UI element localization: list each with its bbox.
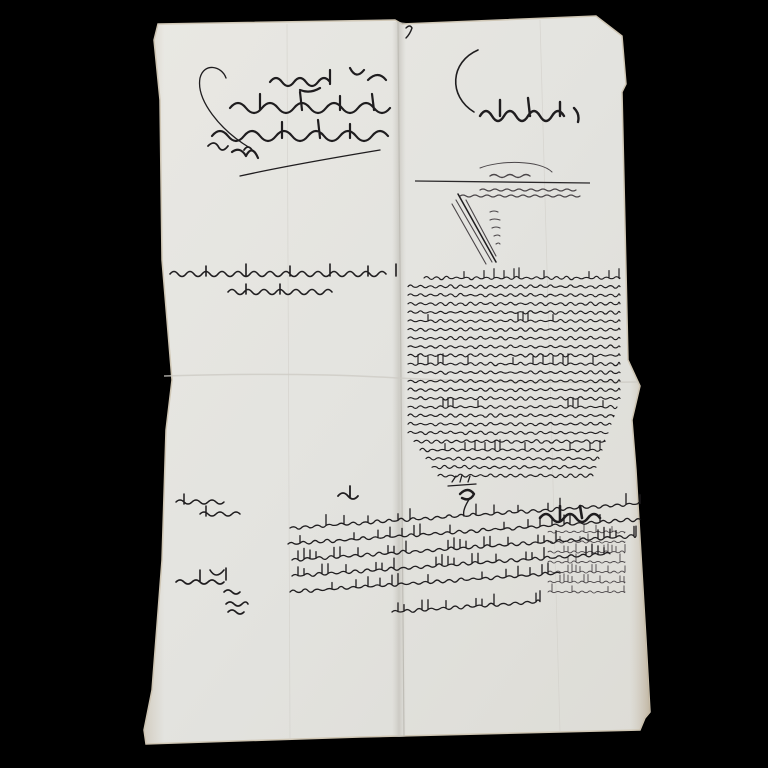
photo-stage: ابنه اسن جح موجبنجه بيقني تقضتنيو اولى ل… <box>0 0 768 768</box>
manuscript-page <box>0 0 768 768</box>
